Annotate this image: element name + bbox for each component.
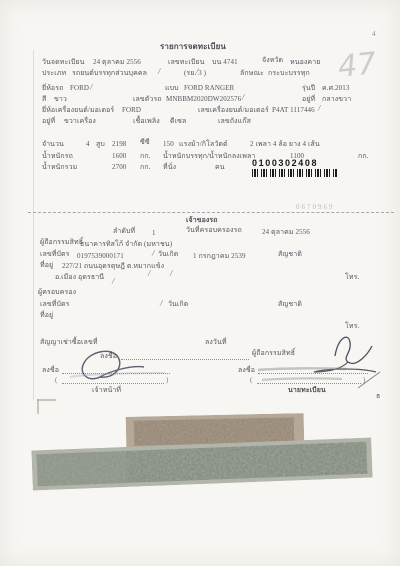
divider-number: 0670969 [296,203,335,212]
model-label: แบบ [165,84,179,93]
year-label: รุ่นปี [302,84,315,93]
pen-tick: / [169,268,173,278]
total-weight-value: 2700 [112,163,126,172]
reg-date-value: 24 ตุลาคม 2556 [93,58,141,67]
possessor-birth-label: วันเกิด [168,300,188,309]
document-title: รายการจดทะเบียน [160,42,226,51]
body-value: กระบะบรรทุก [268,69,310,78]
model-value: FORD RANGER [184,84,234,93]
pen-tick: / [159,298,163,308]
gas-tank-label: เลขถังแก๊ส [218,117,251,126]
holder-value: ธนาคารทิสโก้ จำกัด (มหาชน) [80,240,172,249]
address-line2: อ.เมือง อุดรธานี [55,273,104,282]
pen-tick: / [157,66,161,76]
chassis-number-rubbing-strip [31,437,372,490]
brand-value: FORD [70,84,89,93]
cc-value: 2198 [112,140,126,149]
possessor-label: ผู้ครอบครอง [38,288,76,297]
province-value: หนองคาย [290,58,320,67]
hp-value: 150 [163,140,174,149]
year-value: ค.ศ.2013 [322,84,349,93]
possess-date-label: วันที่ครอบครองรถ [186,226,242,235]
engine-brand-value: FORD [122,106,141,115]
pen-tick: / [241,92,245,102]
holder-signature-and-registrar-stamp [230,328,395,390]
possessor-card-label: เลขที่บัตร [40,300,70,309]
pen-tick: / [147,268,151,278]
engine-pos-value: ขวาเครื่อง [64,117,96,126]
hp-contract-date-label: ลงวันที่ [205,338,227,347]
vin-pos-value: กลางขวา [322,95,351,104]
sequence-value: 1 [152,229,156,238]
vin-value: MNBBM2020DW202576 [166,95,241,104]
corner-char: ธ [376,392,380,401]
weight-label: น้ำหนักรถ [42,152,73,161]
load-unit: กก. [358,152,369,161]
nationality-label: สัญชาติ [278,250,302,259]
cc-unit: ซีซี [140,138,150,147]
fuel-value: ดีเซล [170,117,186,126]
sequence-label: ลำดับที่ [113,227,135,236]
axle-wheel-value: 2 เพลา 4 ล้อ ยาง 4 เส้น [250,140,320,149]
plate-value: บน 4741 [212,58,238,67]
document-paper: 4 47 รายการจดทะเบียน วันจดทะเบียน 24 ตุล… [0,0,400,566]
owner-section-header: เจ้าของรถ [186,216,218,225]
possessor-nationality-label: สัญชาติ [278,300,302,309]
birth-label: วันเกิด [158,250,178,259]
tel-label: โทร. [345,273,359,282]
engine-brand-label: ยี่ห้อเครื่องยนต์/มอเตอร์ [42,106,114,115]
section-divider [28,212,394,213]
pen-tick: / [317,103,321,113]
load-label: น้ำหนักบรรทุก/น้ำหนักลงเพลา [163,152,255,161]
hp-label: แรงม้า/กิโลวัตต์ [179,140,228,149]
pen-tick: / [111,276,115,286]
seats-label: ที่นั่ง [163,163,176,172]
color-label: สี [42,95,46,104]
type-label: ประเภท [42,69,66,78]
engine-no-label: เลขเครื่องยนต์/มอเตอร์ [198,106,269,115]
province-label: จังหวัด [262,56,283,65]
page-number: 4 [372,30,376,38]
card-no-value: 0197539000171 [77,252,124,261]
address-label: ที่อยู่ [40,261,53,270]
cylinder-label: จำนวน [42,140,64,149]
paper-crease [33,50,34,400]
vin-label: เลขตัวรถ [133,95,162,104]
officer-signature [40,343,200,395]
possessor-address-label: ที่อยู่ [40,311,53,320]
total-weight-unit: กก. [140,163,151,172]
fuel-label: เชื้อเพลิง [133,117,160,126]
birth-value: 1 กรกฎาคม 2539 [193,252,246,261]
engine-pos-label: อยู่ที่ [42,117,55,126]
type-value: รถยนต์บรรทุกส่วนบุคคล [72,69,147,78]
card-no-label: เลขที่บัตร [40,250,70,259]
pen-tick: / [89,82,93,92]
weight-value: 1600 [112,152,126,161]
cylinder-value: 4 [86,140,90,149]
pencil-note: 47 [336,46,378,85]
holder-label: ผู้ถือกรรมสิทธิ์ [40,238,83,247]
vin-pos-label: อยู่ที่ [302,95,315,104]
barcode [252,169,338,177]
engine-no-value: P4AT 1117446 [272,106,315,115]
reg-date-label: วันจดทะเบียน [42,58,84,67]
possess-date-value: 24 ตุลาคม 2556 [262,228,310,237]
corner-mark [36,398,58,416]
total-weight-label: น้ำหนักรวม [42,163,77,172]
body-label: ลักษณะ [240,69,264,78]
pen-tick: / [151,248,155,258]
color-value: ขาว [54,95,67,104]
weight-unit: กก. [140,152,151,161]
barcode-number: 0100302408 [252,158,318,168]
brand-label: ยี่ห้อรถ [42,84,63,93]
seats-unit: คน [215,163,225,172]
cylinder-unit: สูบ [96,140,105,149]
